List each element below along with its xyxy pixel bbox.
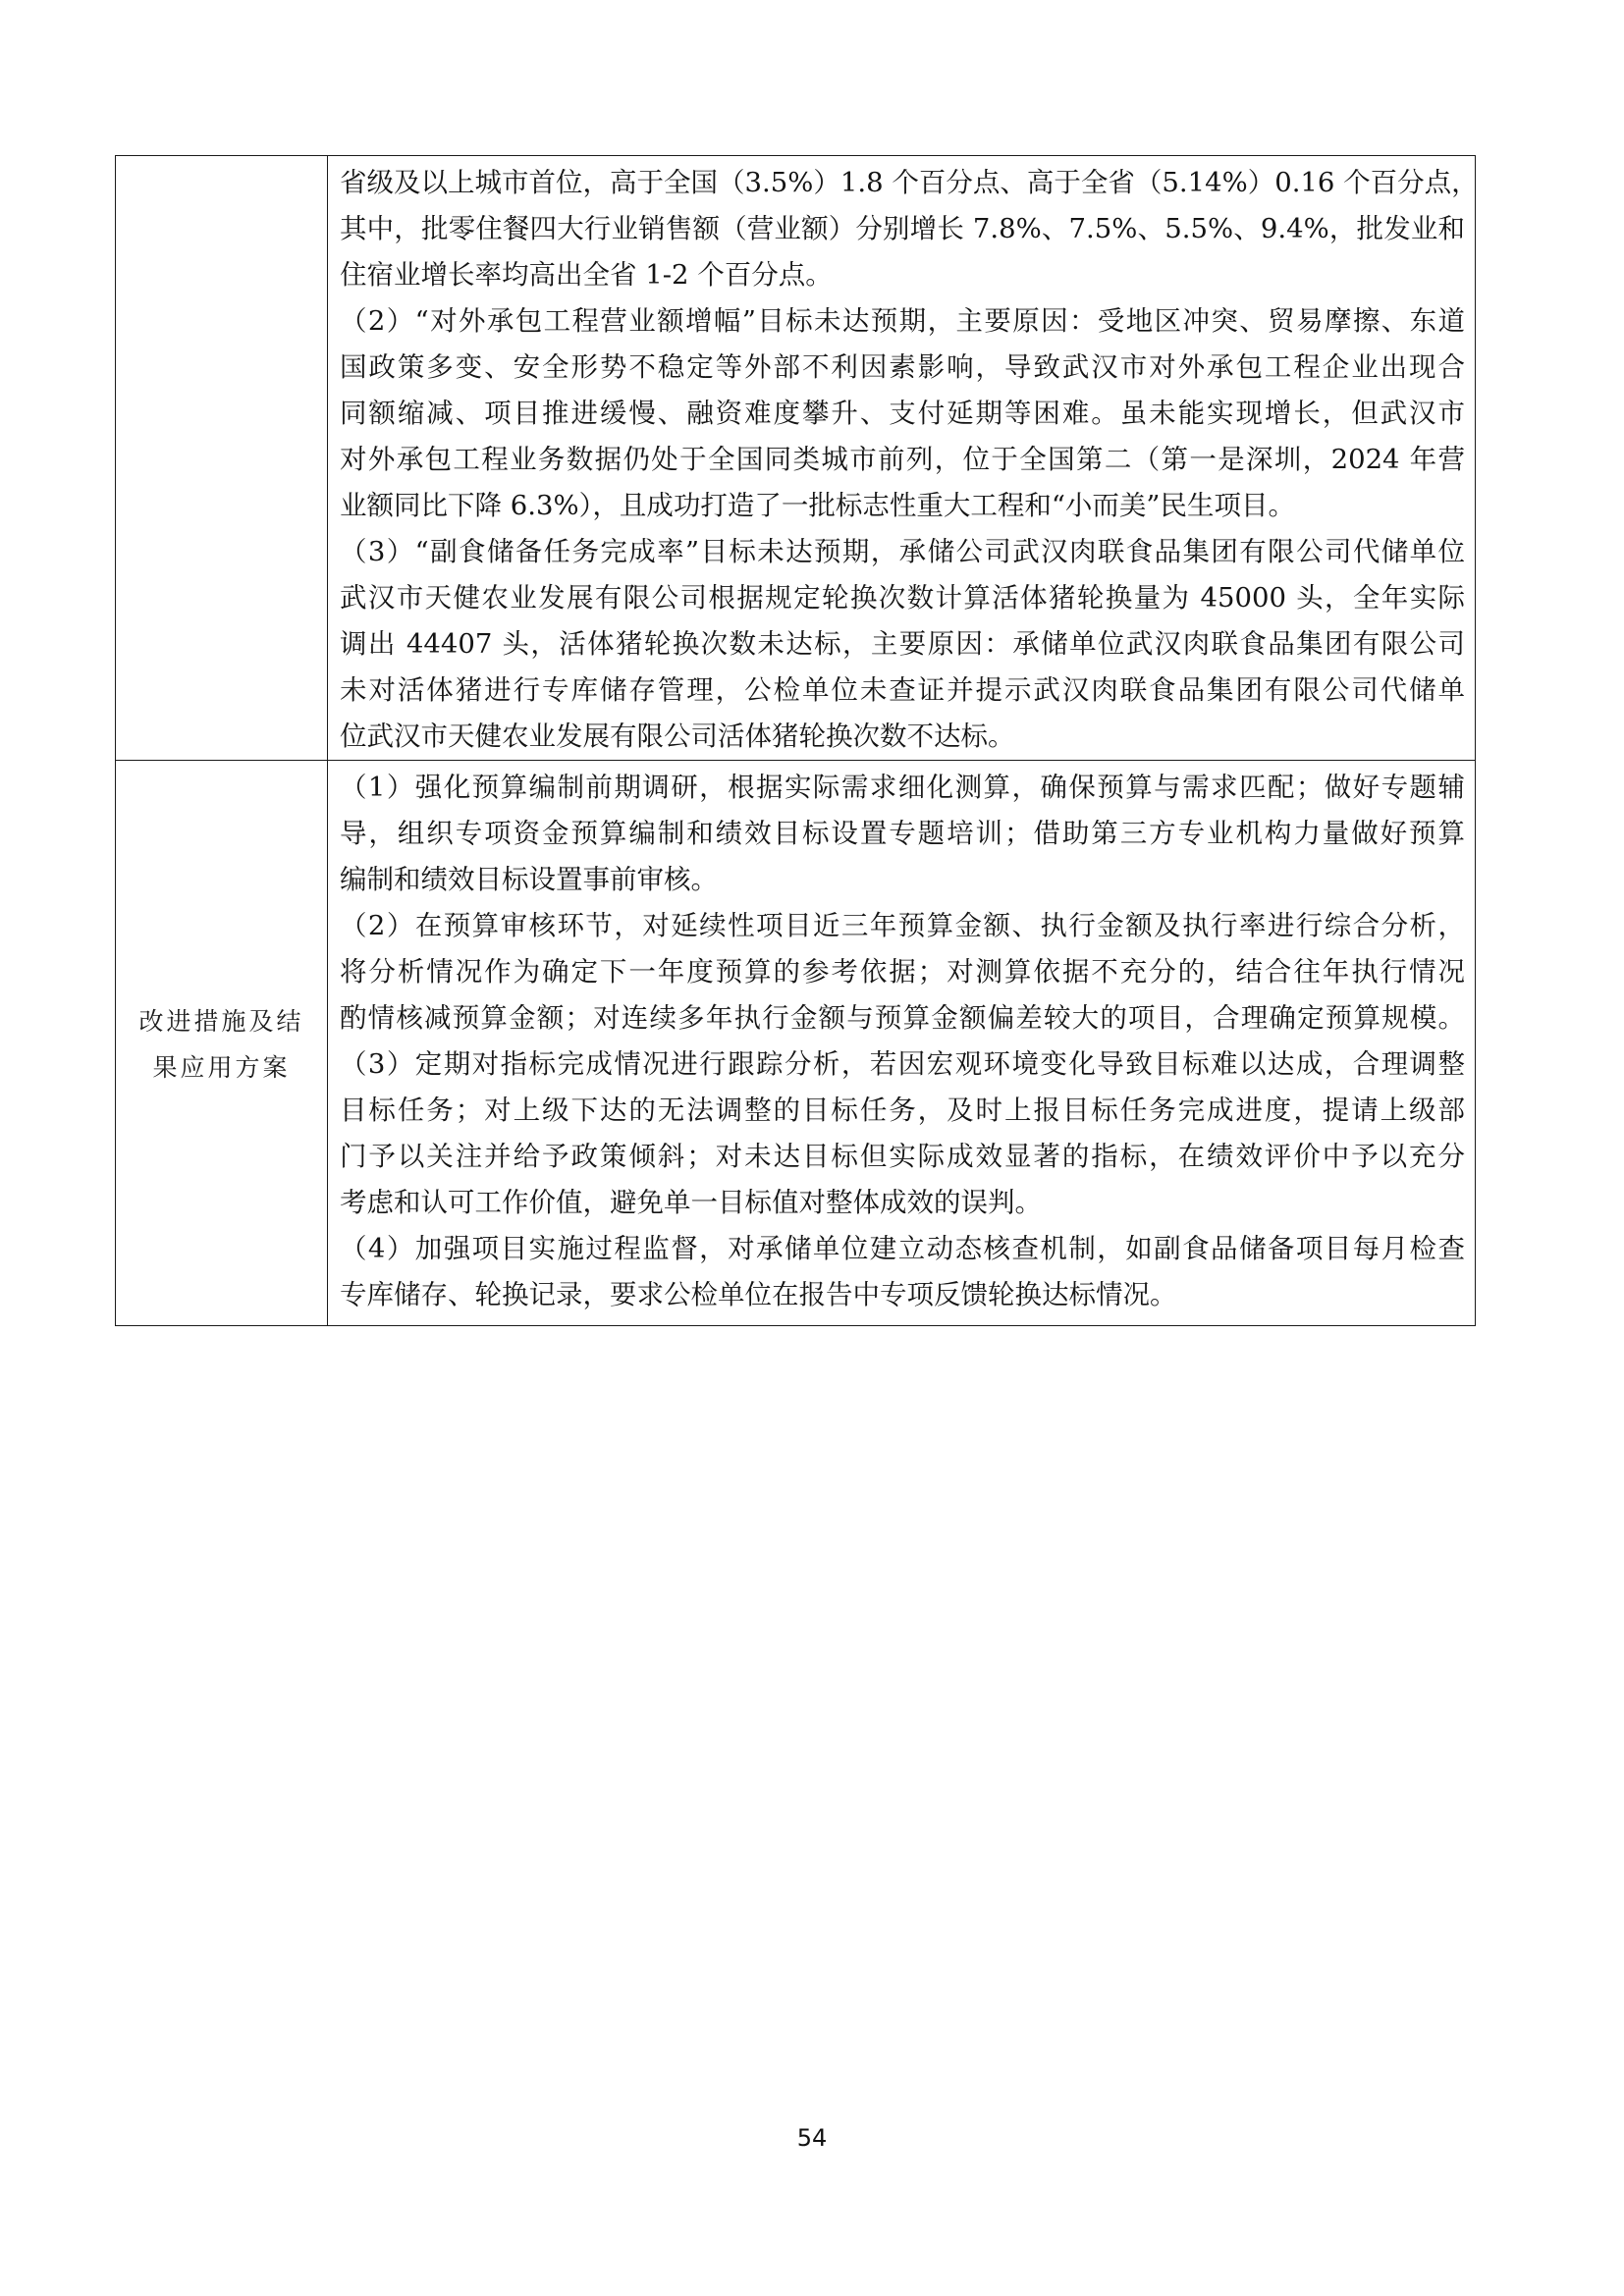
text-line: 门予以关注并给予政策倾斜；对未达目标但实际成效显著的指标，在绩效评价中予以充分 [340,1134,1465,1180]
text-line: 目标任务；对上级下达的无法调整的目标任务，及时上报目标任务完成进度，提请上级部 [340,1088,1465,1134]
text-line: 武汉市天健农业发展有限公司根据规定轮换次数计算活体猪轮换量为 45000 头，全… [340,575,1465,621]
page-number: 54 [0,2124,1624,2152]
text-line: 位武汉市天健农业发展有限公司活体猪轮换次数不达标。 [340,714,1465,760]
text-line: 其中，批零住餐四大行业销售额（营业额）分别增长 7.8%、7.5%、5.5%、9… [340,206,1465,252]
text-line: 业额同比下降 6.3%），且成功打造了一批标志性重大工程和“小而美”民生项目。 [340,483,1465,529]
performance-evaluation-table: 省级及以上城市首位，高于全国（3.5%）1.8 个百分点、高于全省（5.14%）… [115,155,1476,1326]
text-line: （2）“对外承包工程营业额增幅”目标未达预期，主要原因：受地区冲突、贸易摩擦、东… [340,298,1465,345]
text-line: 编制和绩效目标设置事前审核。 [340,857,1465,903]
row-content-cell: 省级及以上城市首位，高于全国（3.5%）1.8 个百分点、高于全省（5.14%）… [328,156,1476,761]
text-line: 省级及以上城市首位，高于全国（3.5%）1.8 个百分点、高于全省（5.14%）… [340,160,1465,206]
text-line: （3）定期对指标完成情况进行跟踪分析，若因宏观环境变化导致目标难以达成，合理调整 [340,1041,1465,1088]
text-line: 调出 44407 头，活体猪轮换次数未达标，主要原因：承储单位武汉肉联食品集团有… [340,621,1465,667]
text-line: 酌情核减预算金额；对连续多年执行金额与预算金额偏差较大的项目，合理确定预算规模。 [340,995,1465,1041]
row-content-cell: （1）强化预算编制前期调研，根据实际需求细化测算，确保预算与需求匹配；做好专题辅… [328,761,1476,1326]
text-line: 将分析情况作为确定下一年度预算的参考依据；对测算依据不充分的，结合往年执行情况 [340,949,1465,995]
row-label-line: 果应用方案 [126,1044,317,1091]
text-line: 考虑和认可工作价值，避免单一目标值对整体成效的误判。 [340,1180,1465,1226]
document-page: 省级及以上城市首位，高于全国（3.5%）1.8 个百分点、高于全省（5.14%）… [0,0,1624,2296]
text-line: 未对活体猪进行专库储存管理，公检单位未查证并提示武汉肉联食品集团有限公司代储单 [340,667,1465,714]
text-line: 对外承包工程业务数据仍处于全国同类城市前列，位于全国第二（第一是深圳，2024 … [340,437,1465,483]
row-label-cell: 改进措施及结 果应用方案 [116,761,328,1326]
text-line: 同额缩减、项目推进缓慢、融资难度攀升、支付延期等困难。虽未能实现增长，但武汉市 [340,391,1465,437]
text-line: 住宿业增长率均高出全省 1-2 个百分点。 [340,252,1465,298]
table-row-reasons-continued: 省级及以上城市首位，高于全国（3.5%）1.8 个百分点、高于全省（5.14%）… [116,156,1476,761]
text-line: 专库储存、轮换记录，要求公检单位在报告中专项反馈轮换达标情况。 [340,1272,1465,1318]
row-label-cell-empty [116,156,328,761]
text-line: （1）强化预算编制前期调研，根据实际需求细化测算，确保预算与需求匹配；做好专题辅 [340,765,1465,811]
text-line: （3）“副食储备任务完成率”目标未达预期，承储公司武汉肉联食品集团有限公司代储单… [340,529,1465,575]
row-label-improvement-measures: 改进措施及结 果应用方案 [116,998,327,1091]
row-label-line: 改进措施及结 [126,998,317,1044]
table-row-improvement-measures: 改进措施及结 果应用方案 （1）强化预算编制前期调研，根据实际需求细化测算，确保… [116,761,1476,1326]
text-line: 国政策多变、安全形势不稳定等外部不利因素影响，导致武汉市对外承包工程企业出现合 [340,345,1465,391]
text-line: （2）在预算审核环节，对延续性项目近三年预算金额、执行金额及执行率进行综合分析， [340,903,1465,949]
text-line: （4）加强项目实施过程监督，对承储单位建立动态核查机制，如副食品储备项目每月检查 [340,1226,1465,1272]
content-paragraphs: 省级及以上城市首位，高于全国（3.5%）1.8 个百分点、高于全省（5.14%）… [328,156,1475,760]
text-line: 导，组织专项资金预算编制和绩效目标设置专题培训；借助第三方专业机构力量做好预算 [340,811,1465,857]
content-paragraphs: （1）强化预算编制前期调研，根据实际需求细化测算，确保预算与需求匹配；做好专题辅… [328,761,1475,1318]
